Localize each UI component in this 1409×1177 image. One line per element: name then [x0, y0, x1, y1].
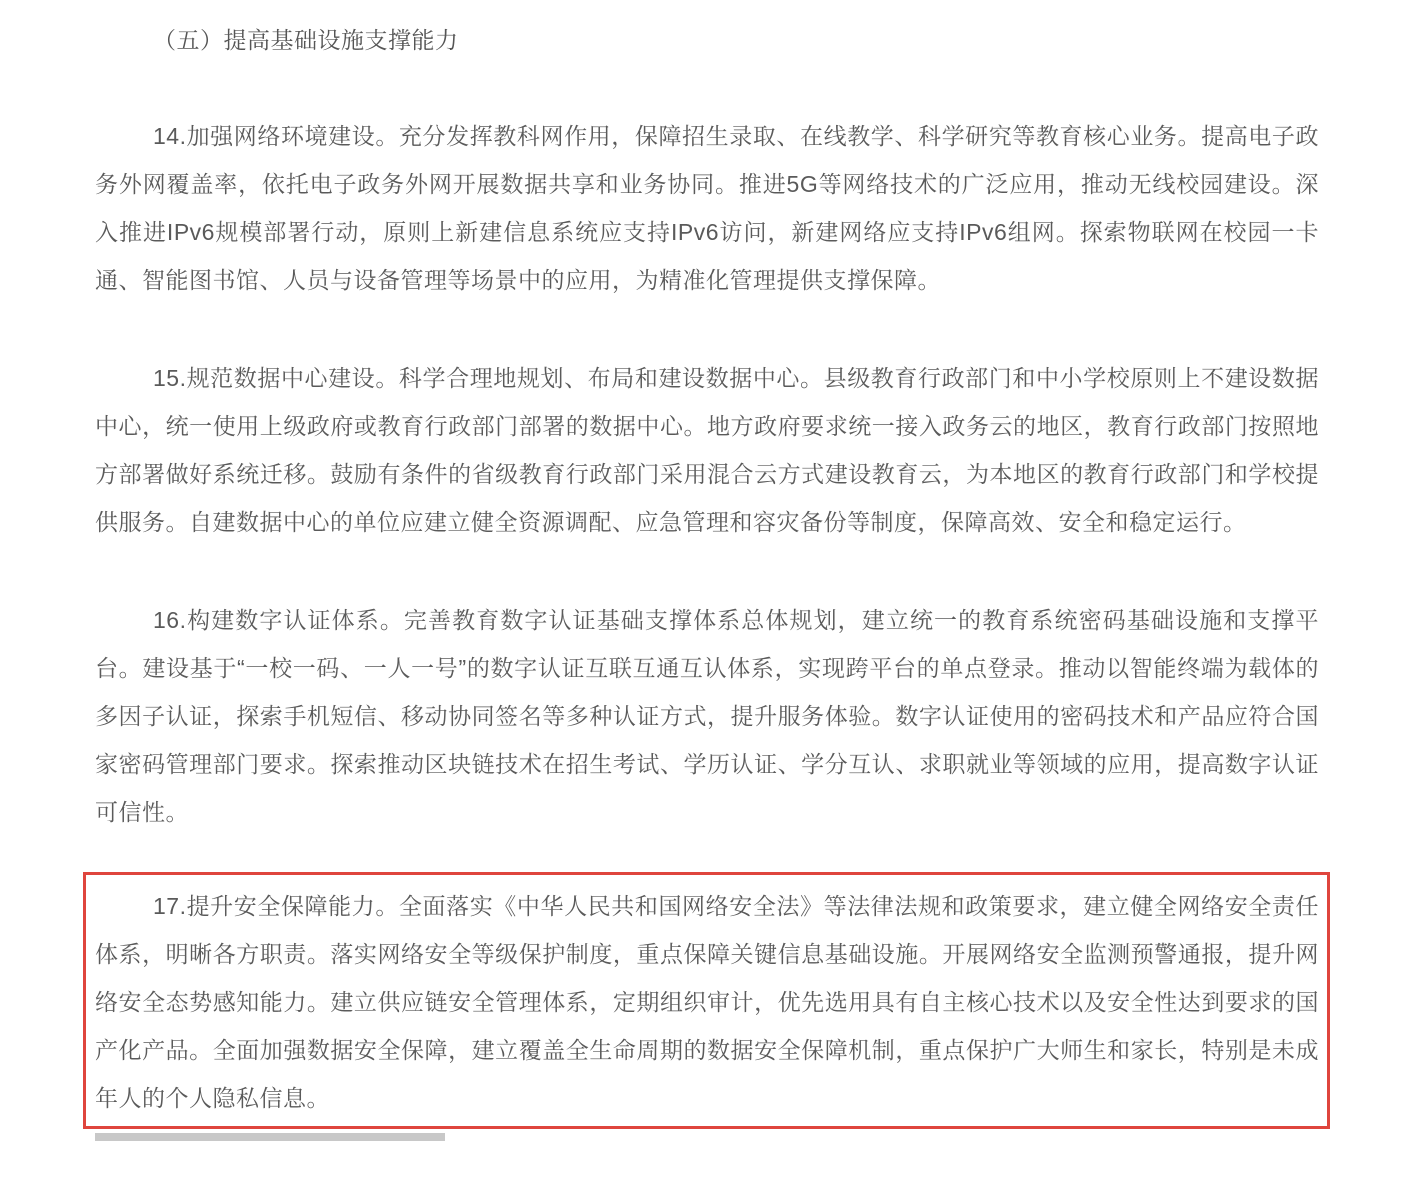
highlight-annotation-box: 17.提升安全保障能力。全面落实《中华人民共和国网络安全法》等法律法规和政策要求… — [83, 872, 1330, 1129]
document-content: （五）提高基础设施支撑能力 14.加强网络环境建设。充分发挥教科网作用，保障招生… — [0, 0, 1409, 1141]
paragraph-item-15: 15.规范数据中心建设。科学合理地规划、布局和建设数据中心。县级教育行政部门和中… — [95, 354, 1319, 546]
document-page: （五）提高基础设施支撑能力 14.加强网络环境建设。充分发挥教科网作用，保障招生… — [0, 0, 1409, 1177]
paragraph-item-16: 16.构建数字认证体系。完善教育数字认证基础支撑体系总体规划，建立统一的教育系统… — [95, 596, 1319, 836]
partial-divider-bar — [95, 1133, 445, 1141]
section-heading: （五）提高基础设施支撑能力 — [95, 18, 1319, 62]
paragraph-item-14: 14.加强网络环境建设。充分发挥教科网作用，保障招生录取、在线教学、科学研究等教… — [95, 112, 1319, 304]
paragraph-item-17: 17.提升安全保障能力。全面落实《中华人民共和国网络安全法》等法律法规和政策要求… — [95, 882, 1319, 1122]
